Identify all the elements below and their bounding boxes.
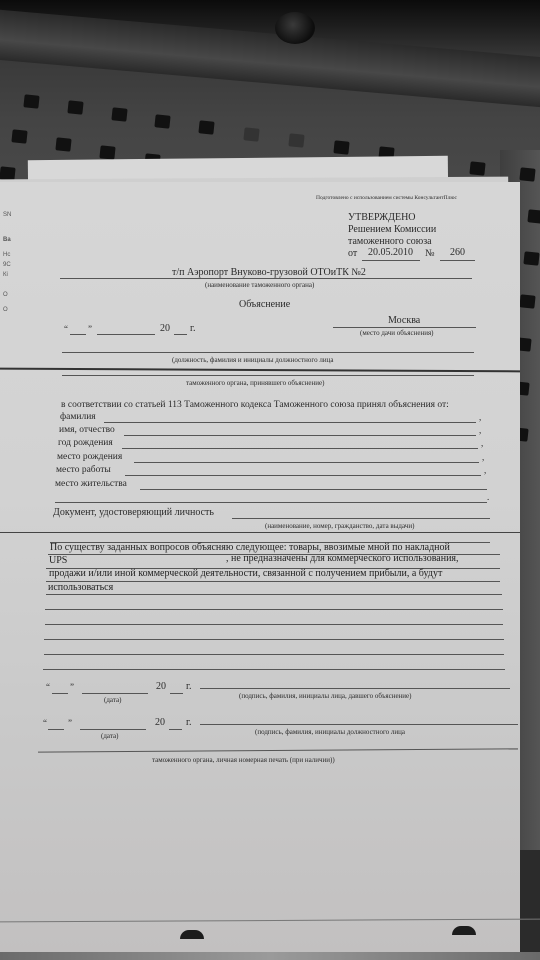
sig1-signature-field[interactable] (200, 688, 510, 689)
field-residence-input-2[interactable] (55, 502, 487, 503)
id-document-caption: (наименование, номер, гражданство, дата … (265, 522, 414, 530)
pegboard-hole (23, 94, 39, 108)
pegboard-hole (519, 294, 535, 308)
sig2-year-field[interactable] (169, 729, 182, 730)
field-label-birth-year: год рождения (58, 438, 113, 448)
edge-mark: О (3, 307, 8, 313)
edge-mark: SN (3, 212, 11, 218)
desk-edge (0, 952, 540, 960)
statement-underline-3 (46, 581, 500, 582)
comma: , (481, 438, 483, 448)
customs-body-value[interactable]: т/п Аэропорт Внуково-грузовой ОТОиТК №2 (172, 267, 366, 278)
sig2-day-field[interactable] (48, 729, 64, 730)
field-label-workplace: место работы (56, 465, 111, 475)
comma: , (479, 412, 481, 422)
sig1-day-field[interactable] (52, 693, 68, 694)
sig2-quote-open: “ (43, 718, 47, 728)
place-line (333, 327, 476, 328)
statement-line-2[interactable]: , не предназначены для коммерческого исп… (226, 553, 459, 564)
date-quote-close: ” (88, 324, 92, 334)
approval-number: 260 (450, 247, 465, 258)
field-surname-input[interactable] (104, 422, 476, 423)
date-year-suffix: г. (190, 323, 195, 334)
comma: , (482, 452, 484, 462)
sheet-edge-line (0, 532, 520, 533)
pegboard-hole (523, 251, 539, 265)
field-workplace-input[interactable] (125, 475, 481, 476)
statement-line-3[interactable]: продажи и/или иной коммерческой деятельн… (49, 568, 442, 579)
sig1-year-suffix: г. (186, 681, 191, 692)
statement-blank-line[interactable] (45, 624, 503, 625)
field-birth-place-input[interactable] (134, 462, 479, 463)
pegboard-hole (527, 209, 540, 223)
sig1-date-caption: (дата) (104, 696, 121, 704)
pegboard-hole (67, 100, 83, 114)
field-label-residence: место жительства (55, 479, 127, 489)
clip-bump (452, 926, 476, 935)
edge-mark: О (3, 292, 8, 298)
statement-carrier[interactable]: UPS (49, 555, 67, 566)
field-residence-input[interactable] (140, 489, 487, 490)
edge-mark: 9С (3, 262, 11, 268)
form-title: Объяснение (239, 299, 290, 310)
official-line-2[interactable] (62, 375, 474, 376)
pegboard-hole (243, 127, 259, 141)
statement-line-1[interactable]: По существу заданных вопросов объясняю с… (50, 542, 450, 553)
comma: , (484, 465, 486, 475)
field-label-surname: фамилия (60, 412, 96, 422)
sheet-bottom-edge (0, 919, 540, 923)
statement-blank-line[interactable] (44, 639, 504, 640)
official-caption-2: таможенного органа, принявшего объяснени… (186, 379, 324, 387)
customs-body-caption: (наименование таможенного органа) (205, 281, 314, 289)
sig1-year-prefix: 20 (156, 681, 166, 692)
customs-body-line (60, 278, 472, 279)
sig1-quote-open: “ (46, 682, 50, 692)
sig2-caption-2: таможенного органа, личная номерная печа… (152, 756, 335, 764)
sig2-year-prefix: 20 (155, 717, 165, 728)
field-birth-year-input[interactable] (122, 448, 478, 449)
background-knob (275, 12, 315, 44)
sig2-year-suffix: г. (186, 717, 191, 728)
approval-line2: таможенного союза (348, 236, 432, 247)
field-label-name: имя, отчество (59, 425, 115, 435)
pegboard-hole (154, 114, 170, 128)
date-year-field[interactable] (174, 334, 187, 335)
clip-bump (180, 930, 204, 939)
statement-blank-line[interactable] (43, 669, 505, 670)
approval-number-line (440, 260, 475, 261)
intro-text: в соответствии со статьей 113 Таможенног… (61, 400, 449, 410)
pegboard-hole (519, 167, 535, 181)
comma: . (487, 492, 489, 502)
approval-title: УТВЕРЖДЕНО (348, 212, 416, 223)
pegboard-hole (198, 120, 214, 134)
date-quote-open: “ (64, 324, 68, 334)
sig1-date-field[interactable] (82, 693, 148, 694)
edge-mark: Нс (3, 252, 10, 258)
sig2-quote-close: ” (68, 718, 72, 728)
pegboard-hole (288, 133, 304, 147)
date-month-field[interactable] (97, 334, 155, 335)
edge-mark: Ва (3, 237, 11, 243)
statement-blank-line[interactable] (44, 654, 504, 655)
approval-date-prefix: от (348, 248, 357, 259)
sig1-year-field[interactable] (170, 693, 183, 694)
pegboard-hole (111, 107, 127, 121)
pegboard-hole (55, 137, 71, 151)
pegboard-hole (99, 145, 115, 159)
pegboard-hole (333, 140, 349, 154)
pegboard-hole (11, 129, 27, 143)
approval-date-line (362, 260, 420, 261)
statement-blank-line[interactable] (45, 609, 503, 610)
sig2-signature-field[interactable] (200, 724, 518, 725)
date-day-field[interactable] (70, 334, 86, 335)
statement-line-4[interactable]: использоваться (48, 582, 113, 593)
id-document-label: Документ, удостоверяющий личность (53, 507, 214, 518)
comma: , (479, 425, 481, 435)
sig1-caption: (подпись, фамилия, инициалы лица, давшег… (239, 692, 411, 700)
sig2-date-caption: (дата) (101, 732, 118, 740)
header-note: Подготовлено с использованием системы Ко… (316, 195, 457, 201)
field-name-input[interactable] (124, 435, 476, 436)
place-value[interactable]: Москва (388, 315, 420, 326)
pegboard-hole (469, 161, 485, 175)
sheet-fold-edge (0, 368, 520, 373)
edge-mark: Кі (3, 272, 8, 278)
sig2-date-field[interactable] (80, 729, 146, 730)
sig1-quote-close: ” (70, 682, 74, 692)
approval-line1: Решением Комиссии (348, 224, 436, 235)
id-document-input[interactable] (232, 518, 490, 519)
official-line-1[interactable] (62, 352, 474, 353)
date-year-prefix: 20 (160, 323, 170, 334)
sig2-signature-field-2[interactable] (38, 748, 518, 752)
sig2-caption-1: (подпись, фамилия, инициалы должностного… (255, 728, 405, 736)
customs-explanation-form: SN Ва Нс 9С Кі О О Подготовлено с исполь… (0, 182, 520, 960)
approval-date: 20.05.2010 (368, 247, 413, 258)
official-caption-1: (должность, фамилия и инициалы должностн… (172, 356, 333, 364)
approval-number-sign: № (425, 248, 435, 259)
field-label-birth-place: место рождения (57, 452, 122, 462)
place-caption: (место дачи объяснения) (360, 329, 434, 337)
statement-underline-4 (46, 594, 502, 595)
